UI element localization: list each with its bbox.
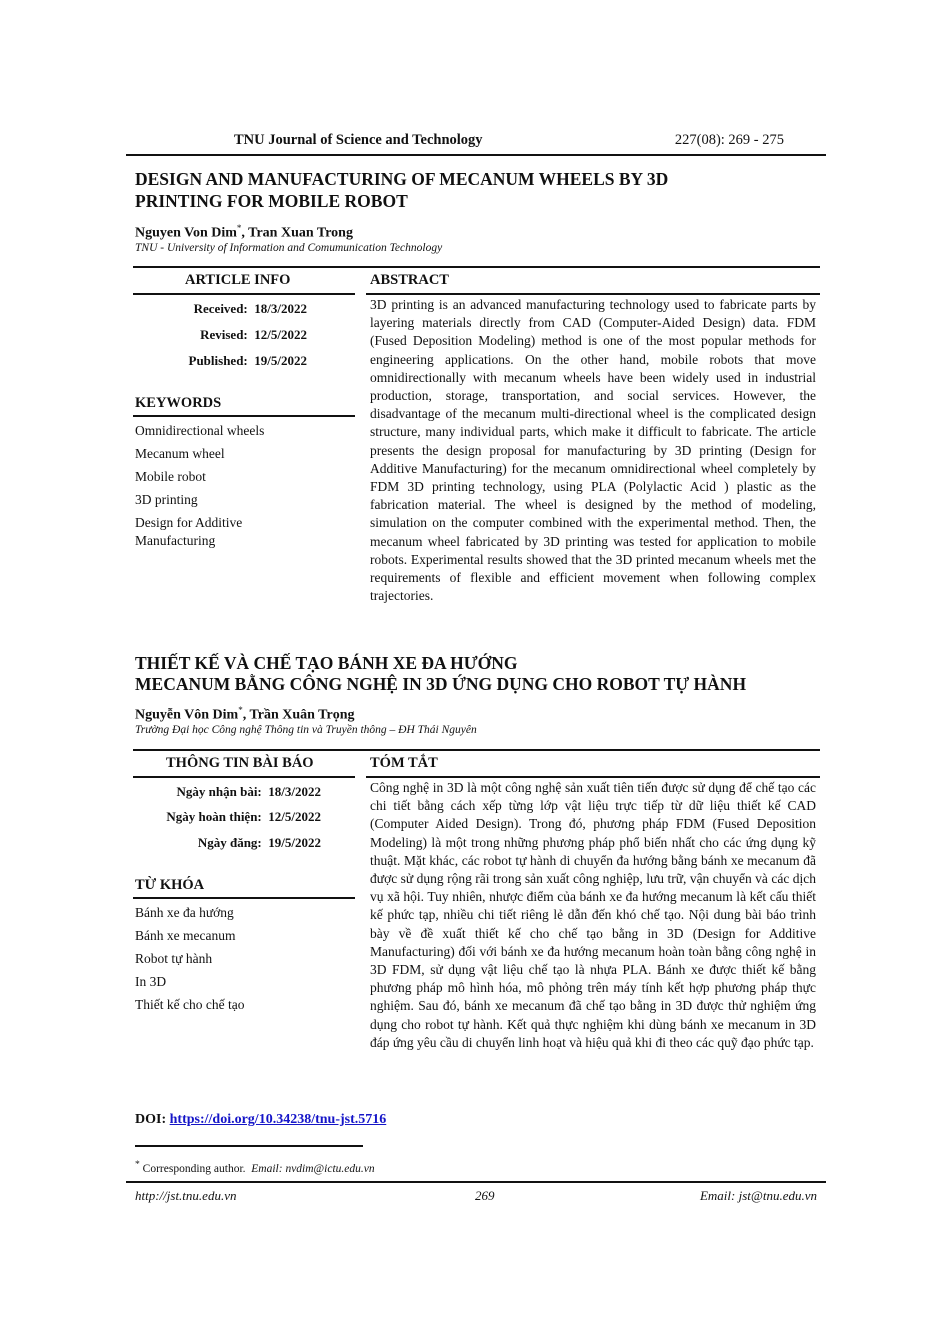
vi-received-label: Ngày nhận bài:	[177, 784, 262, 799]
footnote-mark: *	[135, 1159, 140, 1170]
vietnamese-abstract: Công nghệ in 3D là một công nghệ sản xuấ…	[370, 779, 816, 1052]
published-value: 19/5/2022	[254, 353, 307, 368]
footer-rule	[126, 1181, 826, 1183]
keyword: 3D printing	[135, 491, 198, 509]
keyword: Mobile robot	[135, 468, 206, 486]
keyword: Manufacturing	[135, 532, 215, 550]
footnote-rule	[135, 1145, 363, 1147]
received-label: Received:	[194, 301, 248, 316]
page-number: 269	[475, 1188, 495, 1204]
english-title-line2: PRINTING FOR MOBILE ROBOT	[135, 190, 815, 212]
abstract-heading-rule	[366, 293, 820, 295]
keyword: In 3D	[135, 973, 166, 991]
vietnamese-affiliation: Trường Đại học Công nghệ Thông tin và Tr…	[135, 724, 477, 736]
vi-revised-date: Ngày hoàn thiện: 12/5/2022	[166, 809, 321, 825]
english-affiliation: TNU - University of Information and Comu…	[135, 242, 442, 254]
keywords-rule	[133, 415, 355, 417]
vietnamese-title: THIẾT KẾ VÀ CHẾ TẠO BÁNH XE ĐA HƯỚNG MEC…	[135, 653, 825, 695]
vi-abstract-heading-rule	[366, 776, 820, 778]
doi-link[interactable]: https://doi.org/10.34238/tnu-jst.5716	[170, 1112, 387, 1127]
vi-published-label: Ngày đăng:	[198, 835, 262, 850]
keyword: Design for Additive	[135, 514, 242, 532]
vi-revised-value: 12/5/2022	[268, 809, 321, 824]
vi-info-heading-rule	[133, 776, 355, 778]
revised-date: Revised: 12/5/2022	[200, 327, 307, 343]
doi-label: DOI:	[135, 1112, 166, 1127]
vietnamese-authors: Nguyễn Vôn Dim*, Trần Xuân Trọng	[135, 705, 354, 724]
abstract-heading: ABSTRACT	[370, 272, 449, 289]
received-date: Received: 18/3/2022	[194, 301, 307, 317]
revised-value: 12/5/2022	[254, 327, 307, 342]
keyword: Thiết kế cho chế tạo	[135, 996, 244, 1014]
volume-pages: 227(08): 269 - 275	[675, 132, 784, 149]
english-title: DESIGN AND MANUFACTURING OF MECANUM WHEE…	[135, 168, 815, 212]
vietnamese-title-line1: THIẾT KẾ VÀ CHẾ TẠO BÁNH XE ĐA HƯỚNG	[135, 653, 825, 674]
published-label: Published:	[189, 353, 248, 368]
revised-label: Revised:	[200, 327, 248, 342]
header-rule	[126, 154, 826, 156]
vi-published-value: 19/5/2022	[268, 835, 321, 850]
doi-line: DOI: https://doi.org/10.34238/tnu-jst.57…	[135, 1112, 386, 1128]
journal-name: TNU Journal of Science and Technology	[234, 132, 483, 149]
author-1: Nguyen Von Dim	[135, 226, 237, 241]
author-2: , Tran Xuan Trong	[241, 226, 353, 241]
vi-received-value: 18/3/2022	[268, 784, 321, 799]
footnote-text: Corresponding author.	[143, 1163, 246, 1175]
keyword: Bánh xe mecanum	[135, 927, 235, 945]
article-info-heading: ARTICLE INFO	[185, 272, 290, 289]
footnote: * Corresponding author. Email: nvdim@ict…	[135, 1159, 375, 1175]
vietnamese-title-line2: MECANUM BẰNG CÔNG NGHỆ IN 3D ỨNG DỤNG CH…	[135, 674, 825, 695]
running-header: TNU Journal of Science and Technology 22…	[126, 132, 826, 152]
info-top-rule	[133, 266, 820, 268]
footer-email: Email: jst@tnu.edu.vn	[700, 1188, 817, 1204]
keyword: Mecanum wheel	[135, 445, 225, 463]
vi-received-date: Ngày nhận bài: 18/3/2022	[177, 784, 321, 800]
keyword: Robot tự hành	[135, 950, 212, 968]
author-2: , Trần Xuân Trọng	[243, 708, 355, 723]
vi-keywords-heading: TỪ KHÓA	[135, 877, 204, 894]
vi-keywords-rule	[133, 897, 355, 899]
english-authors: Nguyen Von Dim*, Tran Xuan Trong	[135, 223, 353, 242]
vi-revised-label: Ngày hoàn thiện:	[166, 809, 261, 824]
footer-website: http://jst.tnu.edu.vn	[135, 1188, 236, 1204]
info-heading-rule	[133, 293, 355, 295]
vi-abstract-heading: TÓM TẮT	[370, 755, 438, 772]
published-date: Published: 19/5/2022	[189, 353, 307, 369]
received-value: 18/3/2022	[254, 301, 307, 316]
keyword: Omnidirectional wheels	[135, 422, 264, 440]
page-footer: http://jst.tnu.edu.vn 269 Email: jst@tnu…	[135, 1188, 817, 1206]
author-1: Nguyễn Vôn Dim	[135, 708, 238, 723]
vi-published-date: Ngày đăng: 19/5/2022	[198, 835, 321, 851]
keywords-heading: KEYWORDS	[135, 395, 221, 412]
vi-info-top-rule	[133, 749, 820, 751]
keyword: Bánh xe đa hướng	[135, 904, 234, 922]
english-title-line1: DESIGN AND MANUFACTURING OF MECANUM WHEE…	[135, 168, 815, 190]
footnote-email: Email: nvdim@ictu.edu.vn	[251, 1163, 374, 1175]
english-abstract: 3D printing is an advanced manufacturing…	[370, 296, 816, 605]
vi-article-info-heading: THÔNG TIN BÀI BÁO	[166, 755, 314, 772]
